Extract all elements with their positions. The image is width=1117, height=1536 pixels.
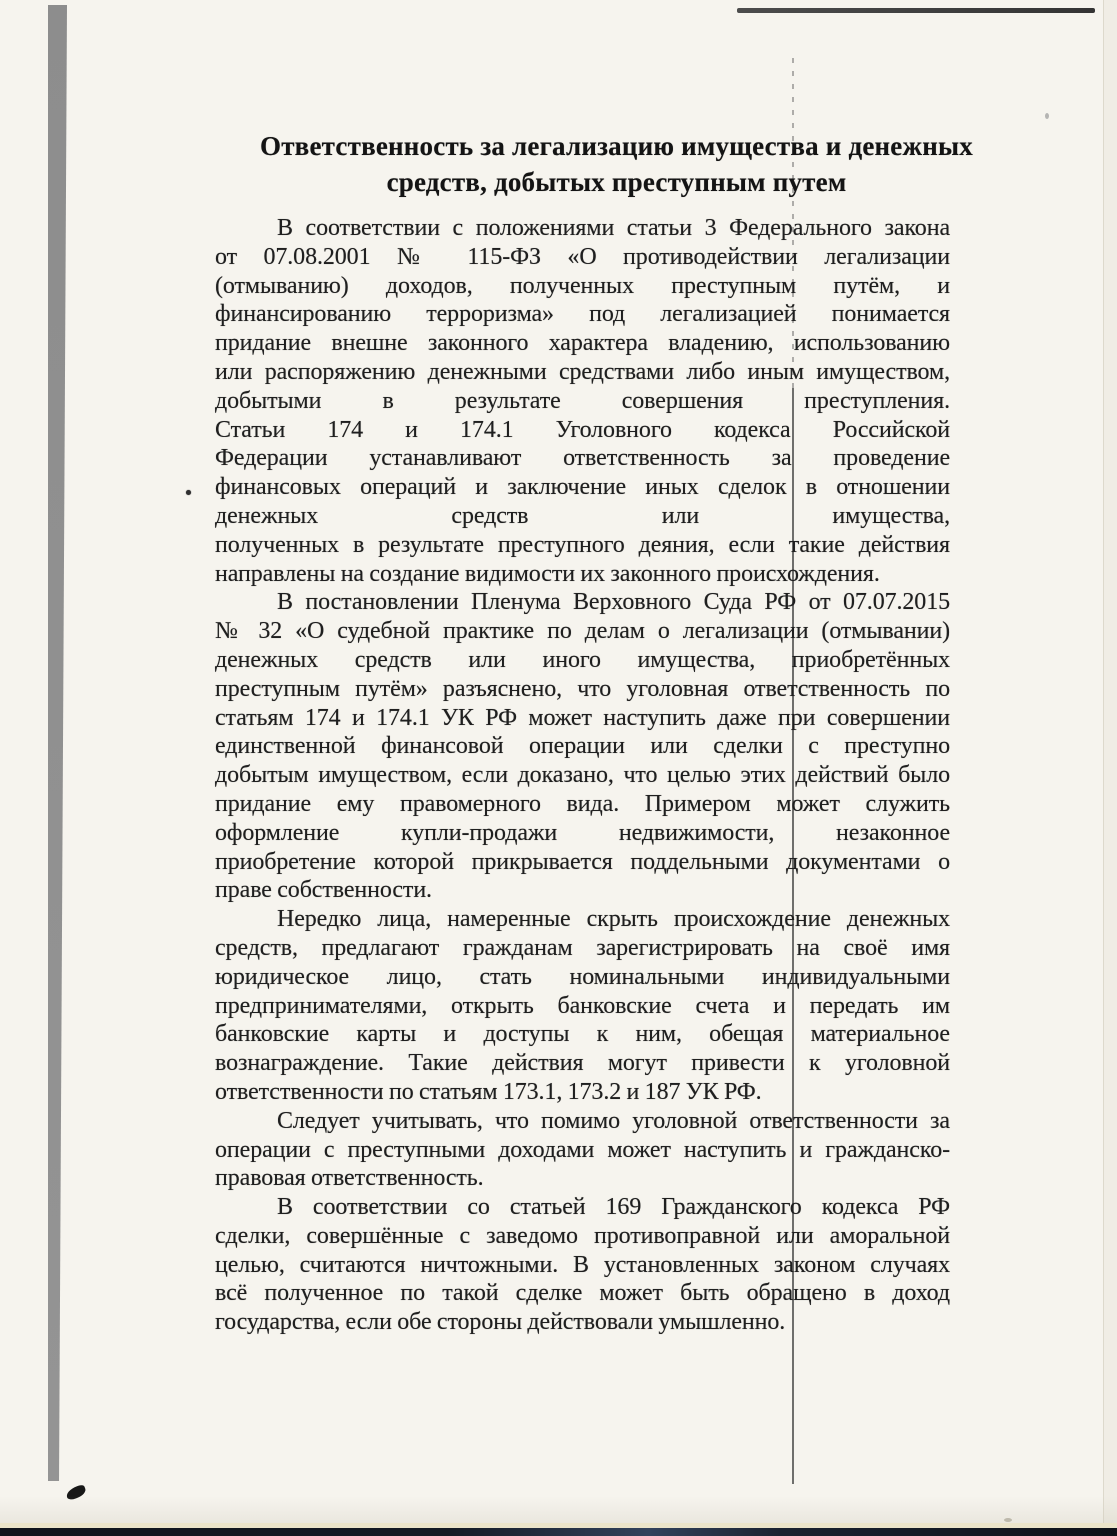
text-line: сделки, совершённые с заведомо противопр…	[215, 1222, 950, 1251]
text-line: добытым имуществом, если доказано, что ц…	[215, 761, 950, 790]
document-title: Ответственность за легализацию имущества…	[249, 128, 984, 200]
scan-speck-top-right	[1045, 113, 1049, 119]
text-line: Следует учитывать, что помимо уголовной …	[215, 1107, 950, 1136]
text-line: всё полученное по такой сделке может быт…	[215, 1279, 950, 1308]
text-line: оформление купли-продажи недвижимости, н…	[215, 819, 950, 848]
text-line: статьям 174 и 174.1 УК РФ может наступит…	[215, 704, 950, 733]
paragraph: Следует учитывать, что помимо уголовной …	[215, 1107, 950, 1193]
text-line: (отмыванию) доходов, полученных преступн…	[215, 272, 950, 301]
scan-noise-band	[0, 1496, 1117, 1523]
text-line: придание внешне законного характера влад…	[215, 329, 950, 358]
text-line: финансовых операций и заключение иных сд…	[215, 473, 950, 502]
text-line: ответственности по статьям 173.1, 173.2 …	[215, 1078, 950, 1107]
scanner-edge-strip	[48, 5, 67, 1481]
text-line: от 07.08.2001 № 115-ФЗ «О противодействи…	[215, 243, 950, 272]
text-line: денежных средств или иного имущества, пр…	[215, 646, 950, 675]
text-line: единственной финансовой операции или сде…	[215, 732, 950, 761]
text-line: Статьи 174 и 174.1 Уголовного кодекса Ро…	[215, 416, 950, 445]
scan-top-edge-line	[737, 8, 1095, 13]
text-line: добытыми в результате совершения преступ…	[215, 387, 950, 416]
scan-bottom-edge-bar	[0, 1528, 1117, 1536]
text-line: государства, если обе стороны действовал…	[215, 1308, 950, 1337]
title-line-2: средств, добытых преступным путем	[387, 167, 847, 197]
paper-right-edge	[1103, 0, 1117, 1536]
text-line: В постановлении Пленума Верховного Суда …	[215, 588, 950, 617]
paragraph: В постановлении Пленума Верховного Суда …	[215, 588, 950, 905]
scanned-document-page: Ответственность за легализацию имущества…	[0, 0, 1117, 1536]
text-line: В соответствии с положениями статьи 3 Фе…	[215, 214, 950, 243]
text-line: или распоряжению денежными средствами ли…	[215, 358, 950, 387]
text-line: банковские карты и доступы к ним, обещая…	[215, 1020, 950, 1049]
text-line: придание ему правомерного вида. Примером…	[215, 790, 950, 819]
text-line: предпринимателями, открыть банковские сч…	[215, 992, 950, 1021]
text-line: приобретение которой прикрывается поддел…	[215, 848, 950, 877]
text-line: В соответствии со статьей 169 Гражданско…	[215, 1193, 950, 1222]
text-line: правовая ответственность.	[215, 1164, 950, 1193]
text-line: целью, считаются ничтожными. В установле…	[215, 1251, 950, 1280]
document-body: В соответствии с положениями статьи 3 Фе…	[215, 214, 950, 1337]
text-line: преступным путём» разъяснено, что уголов…	[215, 675, 950, 704]
ink-speck-left-margin	[186, 490, 191, 495]
title-line-1: Ответственность за легализацию имущества…	[260, 131, 973, 161]
text-line: праве собственности.	[215, 876, 950, 905]
text-line: вознаграждение. Такие действия могут при…	[215, 1049, 950, 1078]
text-line: операции с преступными доходами может на…	[215, 1136, 950, 1165]
text-line: денежных средств или имущества,	[215, 502, 950, 531]
text-line: финансированию терроризма» под легализац…	[215, 300, 950, 329]
paragraph: Нередко лица, намеренные скрыть происхож…	[215, 905, 950, 1107]
text-line: направлены на создание видимости их зако…	[215, 560, 950, 589]
paragraph: В соответствии со статьей 169 Гражданско…	[215, 1193, 950, 1337]
text-line: Федерации устанавливают ответственность …	[215, 444, 950, 473]
text-line: Нередко лица, намеренные скрыть происхож…	[215, 905, 950, 934]
text-line: средств, предлагают гражданам зарегистри…	[215, 934, 950, 963]
paragraph: В соответствии с положениями статьи 3 Фе…	[215, 214, 950, 588]
text-line: юридическое лицо, стать номинальными инд…	[215, 963, 950, 992]
text-line: полученных в результате преступного деян…	[215, 531, 950, 560]
text-line: № 32 «О судебной практике по делам о лег…	[215, 617, 950, 646]
